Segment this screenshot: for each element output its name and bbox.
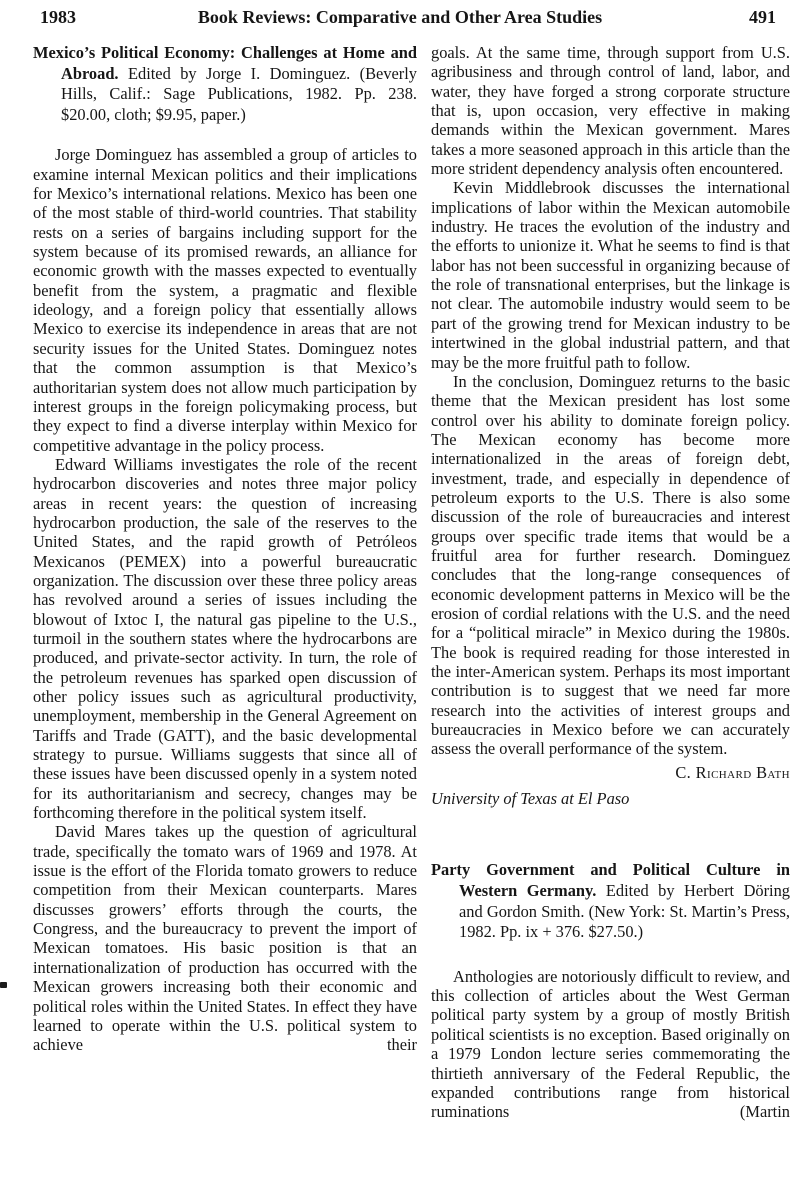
scan-artifact (0, 982, 7, 988)
review-paragraph: Anthologies are notoriously difficult to… (431, 967, 790, 1122)
running-head-title: Book Reviews: Comparative and Other Area… (0, 7, 800, 28)
reviewer-affiliation: University of Texas at El Paso (431, 789, 790, 808)
book-citation-mexico: Mexico’s Political Economy: Challenges a… (33, 43, 417, 125)
running-head-page-number: 491 (749, 7, 776, 28)
reviewer-name: C. Richard Bath (431, 763, 790, 782)
review-paragraph: goals. At the same time, through support… (431, 43, 790, 178)
review-paragraph: Edward Williams investigates the role of… (33, 455, 417, 823)
right-column: goals. At the same time, through support… (431, 43, 790, 1122)
two-column-text: Mexico’s Political Economy: Challenges a… (0, 43, 800, 1122)
journal-page: 1983 Book Reviews: Comparative and Other… (0, 0, 800, 1189)
book-citation-germany: Party Government and Political Culture i… (431, 860, 790, 942)
next-review: Party Government and Political Culture i… (431, 860, 790, 1121)
running-head: 1983 Book Reviews: Comparative and Other… (0, 0, 800, 30)
review-paragraph: David Mares takes up the question of agr… (33, 822, 417, 1054)
left-column: Mexico’s Political Economy: Challenges a… (33, 43, 417, 1122)
review-paragraph: Kevin Middlebrook discusses the internat… (431, 178, 790, 371)
review-paragraph: In the conclusion, Dominguez returns to … (431, 372, 790, 759)
review-paragraph: Jorge Dominguez has assembled a group of… (33, 145, 417, 455)
